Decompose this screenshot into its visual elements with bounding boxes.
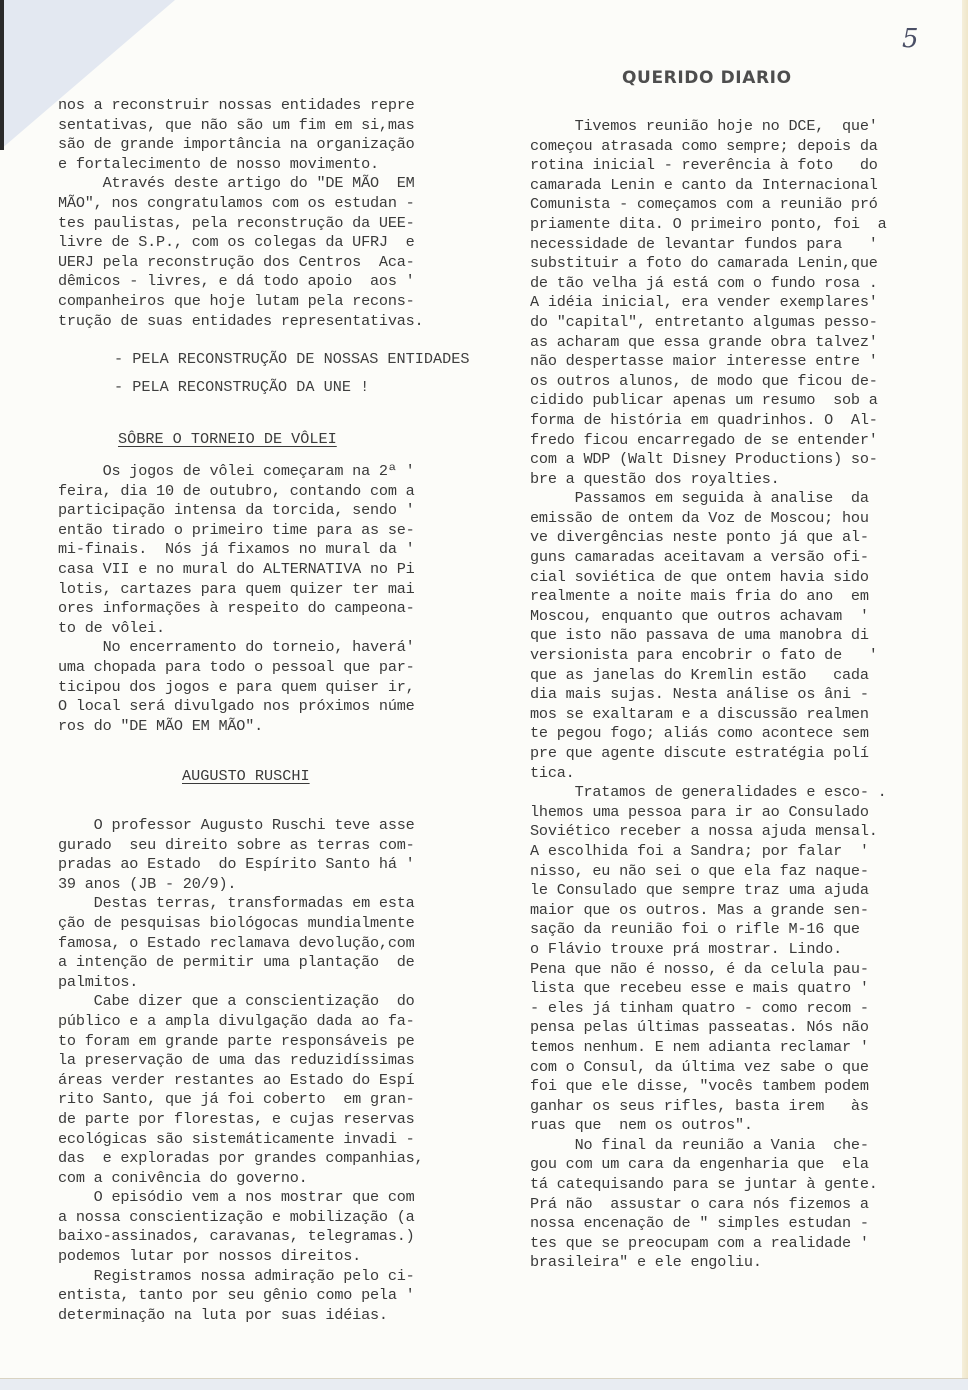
text-line: nos a reconstruir nossas entidades repre <box>58 96 498 116</box>
text-line: Pena que não é nosso, é da celula pau- <box>530 960 950 980</box>
text-line: forma de história em quadrinhos. O Al- <box>530 411 950 431</box>
text-line: feira, dia 10 de outubro, contando com a <box>58 482 498 502</box>
text-line: priamente dita. O primeiro ponto, foi a <box>530 215 950 235</box>
text-line: o Flávio trouxe prá mostrar. Lindo. <box>530 940 950 960</box>
page-right-edge <box>962 0 968 1390</box>
text-line: tá catequisando para se juntar à gente. <box>530 1175 950 1195</box>
text-line: com o Consul, da última vez sabe o que <box>530 1058 950 1078</box>
text-line: público e a ampla divulgação dada ao fa- <box>58 1012 498 1032</box>
text-line: emissão de ontem da Voz de Moscou; hou <box>530 509 950 529</box>
text-line: rotina inicial - reverência à foto do <box>530 156 950 176</box>
text-line: entista, tanto por seu gênio como pela ' <box>58 1286 498 1306</box>
text-line: O professor Augusto Ruschi teve asse <box>58 816 498 836</box>
slogan-une: - PELA RECONSTRUÇÃO DA UNE ! <box>114 378 369 396</box>
text-line: com a conivência do governo. <box>58 1169 498 1189</box>
text-line: que as janelas do Kremlin estão cada <box>530 666 950 686</box>
text-line: trução de suas entidades representativas… <box>58 312 498 332</box>
text-line: necessidade de levantar fundos para ' <box>530 235 950 255</box>
text-line: ecológicas são sistemáticamente invadi - <box>58 1130 498 1150</box>
text-line: A escolhida foi a Sandra; por falar ' <box>530 842 950 862</box>
text-line: A idéia inicial, era vender exemplares' <box>530 293 950 313</box>
text-line: rito Santo, que já foi coberto em gran- <box>58 1090 498 1110</box>
text-line: fredo ficou encarregado de se entender' <box>530 431 950 451</box>
text-line: O episódio vem a nos mostrar que com <box>58 1188 498 1208</box>
text-line: sentativas, que não são um fim em si,mas <box>58 116 498 136</box>
text-line: ticipou dos jogos e para quem quiser ir, <box>58 678 498 698</box>
slogan-entidades: - PELA RECONSTRUÇÃO DE NOSSAS ENTIDADES <box>114 350 469 368</box>
text-line: gou com um cara da engenharia que ela <box>530 1155 950 1175</box>
text-line: ores informações à respeito do campeona- <box>58 599 498 619</box>
text-line: determinação na luta por suas idéias. <box>58 1306 498 1326</box>
text-line: Cabe dizer que a conscientização do <box>58 992 498 1012</box>
text-line: Prá não assustar o cara nós fizemos a <box>530 1195 950 1215</box>
text-line: ganhar os seus rifles, basta irem às <box>530 1097 950 1117</box>
text-line: ruas que nem os outros". <box>530 1116 950 1136</box>
text-line: lista que recebeu esse e mais quatro ' <box>530 979 950 999</box>
document-page: 5 nos a reconstruir nossas entidades rep… <box>0 0 968 1390</box>
text-line: pensa pelas últimas passeatas. Nós não <box>530 1018 950 1038</box>
text-line: Soviético receber a nossa ajuda mensal. <box>530 822 950 842</box>
text-line: Tivemos reunião hoje no DCE, que' <box>530 117 950 137</box>
text-line: substituir a foto do camarada Lenin,que <box>530 254 950 274</box>
text-line: UERJ pela reconstrução dos Centros Aca- <box>58 253 498 273</box>
text-line: os outros alunos, de modo que ficou de- <box>530 372 950 392</box>
text-line: sação da reunião foi o rifle M-16 que <box>530 920 950 940</box>
text-line: dêmicos - livres, e dá todo apoio aos ' <box>58 272 498 292</box>
text-line: le Consulado que sempre traz uma ajuda <box>530 881 950 901</box>
text-line: MÃO", nos congratulamos com os estudan - <box>58 194 498 214</box>
text-line: Destas terras, transformadas em esta <box>58 894 498 914</box>
text-line: de tão velha já está com o fundo rosa . <box>530 274 950 294</box>
text-line: do "capital", entretanto algumas pesso- <box>530 313 950 333</box>
text-line: foi que ele disse, "vocês tambem podem <box>530 1077 950 1097</box>
text-line: não despertasse maior interesse entre ' <box>530 352 950 372</box>
text-line: ve divergências neste ponto já que al- <box>530 528 950 548</box>
text-line: cial soviética de que ontem havia sido <box>530 568 950 588</box>
text-line: livre de S.P., com os colegas da UFRJ e <box>58 233 498 253</box>
text-line: temos nenhum. E nem adianta reclamar ' <box>530 1038 950 1058</box>
text-line: Passamos em seguida à analise da <box>530 489 950 509</box>
text-line: lhemos uma pessoa para ir ao Consulado <box>530 803 950 823</box>
text-line: companheiros que hoje lutam pela recons- <box>58 292 498 312</box>
left-column-intro: nos a reconstruir nossas entidades repre… <box>58 96 498 331</box>
text-line: mi-finais. Nós já fixamos no mural da ' <box>58 540 498 560</box>
text-line: uma chopada para todo o pessoal que par- <box>58 658 498 678</box>
text-line: das e exploradas por grandes companhias, <box>58 1149 498 1169</box>
text-line: brasileira" e ele engoliu. <box>530 1253 950 1273</box>
text-line: Através deste artigo do "DE MÃO EM <box>58 174 498 194</box>
text-line: to foram em grande parte responsáveis pe <box>58 1032 498 1052</box>
text-line: Os jogos de vôlei começaram na 2ª ' <box>58 462 498 482</box>
text-line: com a WDP (Walt Disney Productions) so- <box>530 450 950 470</box>
text-line: a intenção de permitir uma plantação de <box>58 953 498 973</box>
text-line: lotis, cartazes para quem quizer ter mai <box>58 580 498 600</box>
text-line: Tratamos de generalidades e esco- . <box>530 783 950 803</box>
text-line: tes que se preocupam com a realidade ' <box>530 1234 950 1254</box>
ruschi-article-body: O professor Augusto Ruschi teve assegura… <box>58 816 498 1325</box>
text-line: Registramos nossa admiração pelo ci- <box>58 1267 498 1287</box>
text-line: camarada Lenin e canto da Internacional <box>530 176 950 196</box>
page-number: 5 <box>902 24 919 54</box>
text-line: famosa, o Estado reclamava devolução,com <box>58 934 498 954</box>
scan-edge <box>0 0 4 150</box>
text-line: versionista para encobrir o fato de ' <box>530 646 950 666</box>
text-line: de parte por florestas, e cujas reservas <box>58 1110 498 1130</box>
text-line: nisso, eu não sei o que ela faz naque- <box>530 862 950 882</box>
text-line: nossa encenação de " simples estudan - <box>530 1214 950 1234</box>
text-line: começou atrasada como sempre; depois da <box>530 137 950 157</box>
text-line: casa VII e no mural do ALTERNATIVA no Pi <box>58 560 498 580</box>
text-line: la preservação de uma das reduzidíssimas <box>58 1051 498 1071</box>
text-line: No final da reunião a Vania che- <box>530 1136 950 1156</box>
heading-querido-diario: QUERIDO DIARIO <box>622 68 792 88</box>
text-line: 39 anos (JB - 20/9). <box>58 875 498 895</box>
text-line: Comunista - começamos com a reunião pró <box>530 195 950 215</box>
text-line: são de grande importância na organização <box>58 135 498 155</box>
heading-torneio-volei: SÔBRE O TORNEIO DE VÔLEI <box>118 430 337 448</box>
text-line: ção de pesquisas biológocas mundialmente <box>58 914 498 934</box>
text-line: baixo-assinados, caravanas, telegramas.) <box>58 1227 498 1247</box>
text-line: maior que os outros. Mas a grande sen- <box>530 901 950 921</box>
text-line: participação intensa da torcida, sendo ' <box>58 501 498 521</box>
text-line: dia mais sujas. Nesta análise os âni - <box>530 685 950 705</box>
text-line: bre a questão dos royalties. <box>530 470 950 490</box>
text-line: ros do "DE MÃO EM MÃO". <box>58 717 498 737</box>
text-line: realmente a noite mais fria do ano em <box>530 587 950 607</box>
text-line: podemos lutar por nossos direitos. <box>58 1247 498 1267</box>
text-line: to de vôlei. <box>58 619 498 639</box>
text-line: O local será divulgado nos próximos núme <box>58 697 498 717</box>
text-line: - eles já tinham quatro - como recom - <box>530 999 950 1019</box>
text-line: áreas verder restantes ao Estado do Espí <box>58 1071 498 1091</box>
text-line: Moscou, enquanto que outros achavam ' <box>530 607 950 627</box>
text-line: a nossa conscientização e mobilização (a <box>58 1208 498 1228</box>
text-line: gurado seu direito sobre as terras com- <box>58 836 498 856</box>
heading-augusto-ruschi: AUGUSTO RUSCHI <box>182 767 310 785</box>
text-line: mos se exaltaram e a discussão realmen <box>530 705 950 725</box>
text-line: pradas ao Estado do Espírito Santo há ' <box>58 855 498 875</box>
text-line: cidido publicar apenas um resumo sob a <box>530 391 950 411</box>
text-line: guns camaradas aceitavam a versão ofi- <box>530 548 950 568</box>
text-line: e fortalecimento de nosso movimento. <box>58 155 498 175</box>
text-line: pre que agente discute estratégia polí <box>530 744 950 764</box>
text-line: palmitos. <box>58 973 498 993</box>
text-line: te pegou fogo; aliás como acontece sem <box>530 724 950 744</box>
text-line: tes paulistas, pela reconstrução da UEE- <box>58 214 498 234</box>
volei-article-body: Os jogos de vôlei começaram na 2ª 'feira… <box>58 462 498 736</box>
text-line: as acharam que essa grande obra talvez' <box>530 333 950 353</box>
scan-bottom-edge <box>0 1378 968 1390</box>
text-line: tica. <box>530 764 950 784</box>
text-line: que isto não passava de uma manobra di <box>530 626 950 646</box>
querido-diario-body: Tivemos reunião hoje no DCE, que'começou… <box>530 117 950 1273</box>
text-line: No encerramento do torneio, haverá' <box>58 638 498 658</box>
text-line: então tirado o primeiro time para as se- <box>58 521 498 541</box>
